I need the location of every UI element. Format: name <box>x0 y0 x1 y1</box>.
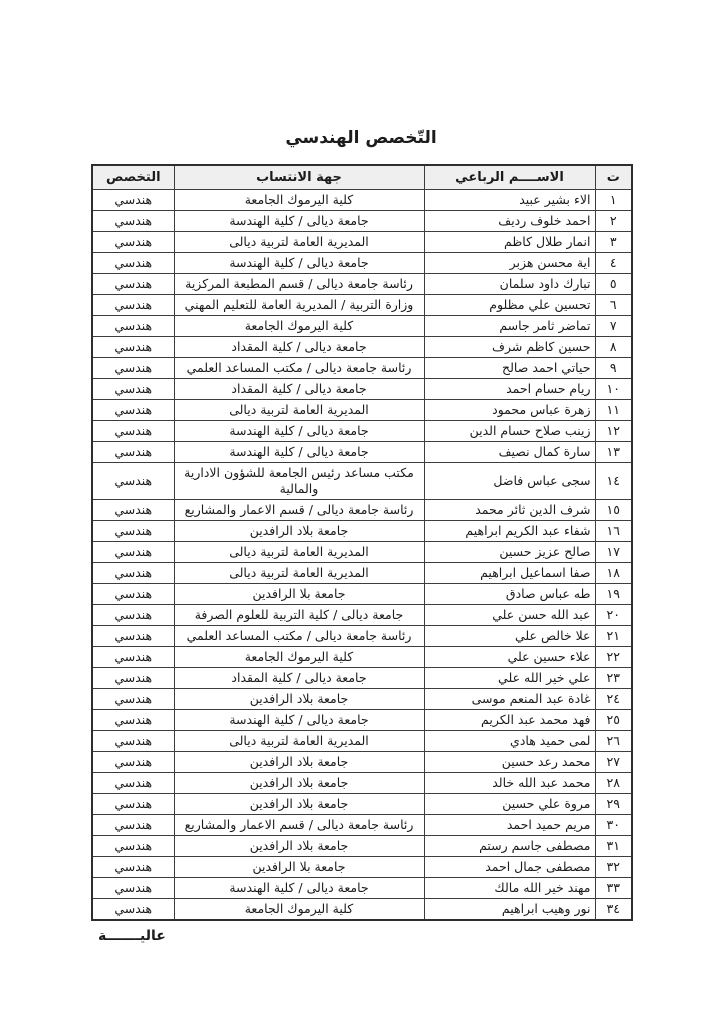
specialization-cell: هندسي <box>92 857 174 878</box>
specialization-cell: هندسي <box>92 274 174 295</box>
full-name-cell: مروة علي حسين <box>424 794 595 815</box>
row-number-cell: ١٥ <box>595 500 632 521</box>
row-number-cell: ٧ <box>595 316 632 337</box>
table-row: ٥تبارك داود سلمانرئاسة جامعة ديالى / قسم… <box>92 274 632 295</box>
full-name-cell: فهد محمد عبد الكريم <box>424 710 595 731</box>
table-row: ٢٥فهد محمد عبد الكريمجامعة ديالى / كلية … <box>92 710 632 731</box>
affiliation-cell: كلية اليرموك الجامعة <box>174 899 424 921</box>
specialization-cell: هندسي <box>92 316 174 337</box>
row-number-cell: ٣٣ <box>595 878 632 899</box>
table-row: ٢٩مروة علي حسينجامعة بلاد الرافدينهندسي <box>92 794 632 815</box>
full-name-cell: تبارك داود سلمان <box>424 274 595 295</box>
row-number-cell: ٢٧ <box>595 752 632 773</box>
table-row: ٧تماضر ثامر جاسمكلية اليرموك الجامعةهندس… <box>92 316 632 337</box>
table-header-row: ت الاســــم الرباعي جهة الانتساب التخصص <box>92 165 632 190</box>
row-number-cell: ٢٣ <box>595 668 632 689</box>
row-number-cell: ٣٠ <box>595 815 632 836</box>
row-number-cell: ٢٢ <box>595 647 632 668</box>
document-page: التّخصص الهندسي ت الاســــم الرباعي جهة … <box>0 0 722 1024</box>
table-row: ٩حياتي احمد صالحرئاسة جامعة ديالى / مكتب… <box>92 358 632 379</box>
affiliation-cell: جامعة ديالى / كلية الهندسة <box>174 878 424 899</box>
full-name-cell: محمد عبد الله خالد <box>424 773 595 794</box>
table-row: ٣٣مهند خير الله مالكجامعة ديالى / كلية ا… <box>92 878 632 899</box>
table-row: ٣١مصطفى جاسم رستمجامعة بلاد الرافدينهندس… <box>92 836 632 857</box>
specialization-cell: هندسي <box>92 710 174 731</box>
affiliation-cell: جامعة بلاد الرافدين <box>174 689 424 710</box>
affiliation-cell: المديرية العامة لتربية ديالى <box>174 232 424 253</box>
page-title: التّخصص الهندسي <box>0 128 722 148</box>
full-name-cell: شرف الدين ثائر محمد <box>424 500 595 521</box>
specialization-cell: هندسي <box>92 668 174 689</box>
full-name-cell: اية محسن هزبر <box>424 253 595 274</box>
full-name-cell: تماضر ثامر جاسم <box>424 316 595 337</box>
specialization-cell: هندسي <box>92 878 174 899</box>
affiliation-cell: رئاسة جامعة ديالى / قسم الاعمار والمشاري… <box>174 500 424 521</box>
full-name-cell: سارة كمال نصيف <box>424 442 595 463</box>
row-number-cell: ٦ <box>595 295 632 316</box>
specialization-cell: هندسي <box>92 752 174 773</box>
specialization-cell: هندسي <box>92 542 174 563</box>
affiliation-cell: وزارة التربية / المديرية العامة للتعليم … <box>174 295 424 316</box>
affiliation-cell: جامعة بلاد الرافدين <box>174 521 424 542</box>
table-row: ١٠ريام حسام احمدجامعة ديالى / كلية المقد… <box>92 379 632 400</box>
table-row: ١٤سجى عباس فاضلمكتب مساعد رئيس الجامعة ل… <box>92 463 632 500</box>
row-number-cell: ١١ <box>595 400 632 421</box>
specialization-cell: هندسي <box>92 232 174 253</box>
full-name-cell: لمى حميد هادي <box>424 731 595 752</box>
row-number-cell: ٥ <box>595 274 632 295</box>
table-row: ٢٤غادة عبد المنعم موسىجامعة بلاد الرافدي… <box>92 689 632 710</box>
specialization-cell: هندسي <box>92 400 174 421</box>
col-header-number: ت <box>595 165 632 190</box>
full-name-cell: حسين كاظم شرف <box>424 337 595 358</box>
footer-signature: عاليـــــــة <box>98 928 166 944</box>
specialization-cell: هندسي <box>92 689 174 710</box>
full-name-cell: علا خالص علي <box>424 626 595 647</box>
full-name-cell: سجى عباس فاضل <box>424 463 595 500</box>
specialization-cell: هندسي <box>92 563 174 584</box>
table-row: ١٥شرف الدين ثائر محمدرئاسة جامعة ديالى /… <box>92 500 632 521</box>
table-row: ٢احمد خلوف رديفجامعة ديالى / كلية الهندس… <box>92 211 632 232</box>
col-header-specialization: التخصص <box>92 165 174 190</box>
affiliation-cell: جامعة ديالى / كلية الهندسة <box>174 253 424 274</box>
affiliation-cell: المديرية العامة لتربية ديالى <box>174 563 424 584</box>
affiliation-cell: جامعة ديالى / كلية التربية للعلوم الصرفة <box>174 605 424 626</box>
table-row: ٢٠عبد الله حسن عليجامعة ديالى / كلية الت… <box>92 605 632 626</box>
affiliation-cell: كلية اليرموك الجامعة <box>174 316 424 337</box>
full-name-cell: الاء بشير عبيد <box>424 190 595 211</box>
affiliation-cell: رئاسة جامعة ديالى / مكتب المساعد العلمي <box>174 358 424 379</box>
row-number-cell: ٢٦ <box>595 731 632 752</box>
full-name-cell: علي خير الله علي <box>424 668 595 689</box>
full-name-cell: زينب صلاح حسام الدين <box>424 421 595 442</box>
specialization-cell: هندسي <box>92 379 174 400</box>
row-number-cell: ١ <box>595 190 632 211</box>
table-row: ١٨صفا اسماعيل ابراهيمالمديرية العامة لتر… <box>92 563 632 584</box>
full-name-cell: مهند خير الله مالك <box>424 878 595 899</box>
row-number-cell: ٢٥ <box>595 710 632 731</box>
affiliation-cell: رئاسة جامعة ديالى / قسم المطبعة المركزية <box>174 274 424 295</box>
full-name-cell: طه عباس صادق <box>424 584 595 605</box>
full-name-cell: علاء حسين علي <box>424 647 595 668</box>
affiliation-cell: كلية اليرموك الجامعة <box>174 190 424 211</box>
full-name-cell: نور وهيب ابراهيم <box>424 899 595 921</box>
affiliation-cell: جامعة ديالى / كلية الهندسة <box>174 211 424 232</box>
row-number-cell: ٣٢ <box>595 857 632 878</box>
full-name-cell: غادة عبد المنعم موسى <box>424 689 595 710</box>
affiliation-cell: المديرية العامة لتربية ديالى <box>174 400 424 421</box>
table-row: ٦تحسين علي مظلوموزارة التربية / المديرية… <box>92 295 632 316</box>
row-number-cell: ٢٩ <box>595 794 632 815</box>
affiliation-cell: جامعة بلاد الرافدين <box>174 836 424 857</box>
row-number-cell: ٤ <box>595 253 632 274</box>
full-name-cell: صفا اسماعيل ابراهيم <box>424 563 595 584</box>
full-name-cell: مصطفى جاسم رستم <box>424 836 595 857</box>
affiliation-cell: مكتب مساعد رئيس الجامعة للشؤون الادارية … <box>174 463 424 500</box>
specialization-cell: هندسي <box>92 521 174 542</box>
full-name-cell: مصطفى جمال احمد <box>424 857 595 878</box>
row-number-cell: ٢٠ <box>595 605 632 626</box>
row-number-cell: ١٢ <box>595 421 632 442</box>
affiliation-cell: جامعة بلاد الرافدين <box>174 773 424 794</box>
affiliation-cell: كلية اليرموك الجامعة <box>174 647 424 668</box>
row-number-cell: ٢٤ <box>595 689 632 710</box>
table-row: ٣٤نور وهيب ابراهيمكلية اليرموك الجامعةهن… <box>92 899 632 921</box>
specialization-cell: هندسي <box>92 731 174 752</box>
specialization-cell: هندسي <box>92 815 174 836</box>
specialization-cell: هندسي <box>92 500 174 521</box>
specialization-cell: هندسي <box>92 773 174 794</box>
affiliation-cell: جامعة ديالى / كلية المقداد <box>174 337 424 358</box>
row-number-cell: ١٦ <box>595 521 632 542</box>
table-row: ١٣سارة كمال نصيفجامعة ديالى / كلية الهند… <box>92 442 632 463</box>
table-row: ٢٣علي خير الله عليجامعة ديالى / كلية الم… <box>92 668 632 689</box>
specialization-cell: هندسي <box>92 442 174 463</box>
specialization-cell: هندسي <box>92 647 174 668</box>
affiliation-cell: جامعة بلا الرافدين <box>174 857 424 878</box>
table-row: ٣٢مصطفى جمال احمدجامعة بلا الرافدينهندسي <box>92 857 632 878</box>
full-name-cell: عبد الله حسن علي <box>424 605 595 626</box>
row-number-cell: ٣١ <box>595 836 632 857</box>
specialization-cell: هندسي <box>92 211 174 232</box>
table-row: ١٩طه عباس صادقجامعة بلا الرافدينهندسي <box>92 584 632 605</box>
row-number-cell: ٣٤ <box>595 899 632 921</box>
row-number-cell: ٩ <box>595 358 632 379</box>
row-number-cell: ٢١ <box>595 626 632 647</box>
table-row: ٢٢علاء حسين عليكلية اليرموك الجامعةهندسي <box>92 647 632 668</box>
specialization-cell: هندسي <box>92 190 174 211</box>
specialization-cell: هندسي <box>92 421 174 442</box>
full-name-cell: احمد خلوف رديف <box>424 211 595 232</box>
table-row: ٣انمار طلال كاظمالمديرية العامة لتربية د… <box>92 232 632 253</box>
table-row: ١الاء بشير عبيدكلية اليرموك الجامعةهندسي <box>92 190 632 211</box>
affiliation-cell: جامعة ديالى / كلية المقداد <box>174 379 424 400</box>
affiliation-cell: جامعة بلاد الرافدين <box>174 752 424 773</box>
full-name-cell: تحسين علي مظلوم <box>424 295 595 316</box>
row-number-cell: ٨ <box>595 337 632 358</box>
full-name-cell: محمد رعد حسين <box>424 752 595 773</box>
row-number-cell: ١٤ <box>595 463 632 500</box>
specialization-cell: هندسي <box>92 253 174 274</box>
specialization-cell: هندسي <box>92 794 174 815</box>
row-number-cell: ٢٨ <box>595 773 632 794</box>
affiliation-cell: جامعة ديالى / كلية الهندسة <box>174 421 424 442</box>
full-name-cell: مريم حميد احمد <box>424 815 595 836</box>
row-number-cell: ١٠ <box>595 379 632 400</box>
full-name-cell: شفاء عبد الكريم ابراهيم <box>424 521 595 542</box>
table-row: ٢٦لمى حميد هاديالمديرية العامة لتربية دي… <box>92 731 632 752</box>
affiliation-cell: رئاسة جامعة ديالى / قسم الاعمار والمشاري… <box>174 815 424 836</box>
affiliation-cell: جامعة ديالى / كلية الهندسة <box>174 710 424 731</box>
affiliation-cell: جامعة ديالى / كلية الهندسة <box>174 442 424 463</box>
table-row: ٢٨محمد عبد الله خالدجامعة بلاد الرافدينه… <box>92 773 632 794</box>
table-row: ٢٧محمد رعد حسينجامعة بلاد الرافدينهندسي <box>92 752 632 773</box>
specialization-cell: هندسي <box>92 626 174 647</box>
full-name-cell: انمار طلال كاظم <box>424 232 595 253</box>
full-name-cell: صالح عزيز حسين <box>424 542 595 563</box>
affiliation-cell: جامعة بلا الرافدين <box>174 584 424 605</box>
specialization-cell: هندسي <box>92 358 174 379</box>
row-number-cell: ١٩ <box>595 584 632 605</box>
row-number-cell: ٣ <box>595 232 632 253</box>
affiliation-cell: المديرية العامة لتربية ديالى <box>174 731 424 752</box>
specialization-cell: هندسي <box>92 337 174 358</box>
specialization-cell: هندسي <box>92 605 174 626</box>
affiliation-cell: جامعة ديالى / كلية المقداد <box>174 668 424 689</box>
specialization-cell: هندسي <box>92 836 174 857</box>
specialization-cell: هندسي <box>92 899 174 921</box>
col-header-affiliation: جهة الانتساب <box>174 165 424 190</box>
table-row: ١٧صالح عزيز حسينالمديرية العامة لتربية د… <box>92 542 632 563</box>
affiliation-cell: رئاسة جامعة ديالى / مكتب المساعد العلمي <box>174 626 424 647</box>
table-row: ٣٠مريم حميد احمدرئاسة جامعة ديالى / قسم … <box>92 815 632 836</box>
table-row: ١١زهرة عباس محمودالمديرية العامة لتربية … <box>92 400 632 421</box>
table-row: ٤اية محسن هزبرجامعة ديالى / كلية الهندسة… <box>92 253 632 274</box>
row-number-cell: ١٨ <box>595 563 632 584</box>
specialization-cell: هندسي <box>92 584 174 605</box>
roster-table: ت الاســــم الرباعي جهة الانتساب التخصص … <box>91 164 633 921</box>
table-row: ٢١علا خالص عليرئاسة جامعة ديالى / مكتب ا… <box>92 626 632 647</box>
col-header-full-name: الاســــم الرباعي <box>424 165 595 190</box>
affiliation-cell: جامعة بلاد الرافدين <box>174 794 424 815</box>
row-number-cell: ٢ <box>595 211 632 232</box>
table-row: ٨حسين كاظم شرفجامعة ديالى / كلية المقداد… <box>92 337 632 358</box>
full-name-cell: ريام حسام احمد <box>424 379 595 400</box>
specialization-cell: هندسي <box>92 295 174 316</box>
affiliation-cell: المديرية العامة لتربية ديالى <box>174 542 424 563</box>
table-row: ١٢زينب صلاح حسام الدينجامعة ديالى / كلية… <box>92 421 632 442</box>
full-name-cell: حياتي احمد صالح <box>424 358 595 379</box>
row-number-cell: ١٧ <box>595 542 632 563</box>
row-number-cell: ١٣ <box>595 442 632 463</box>
specialization-cell: هندسي <box>92 463 174 500</box>
table-row: ١٦شفاء عبد الكريم ابراهيمجامعة بلاد الرا… <box>92 521 632 542</box>
table-body: ١الاء بشير عبيدكلية اليرموك الجامعةهندسي… <box>92 190 632 921</box>
full-name-cell: زهرة عباس محمود <box>424 400 595 421</box>
